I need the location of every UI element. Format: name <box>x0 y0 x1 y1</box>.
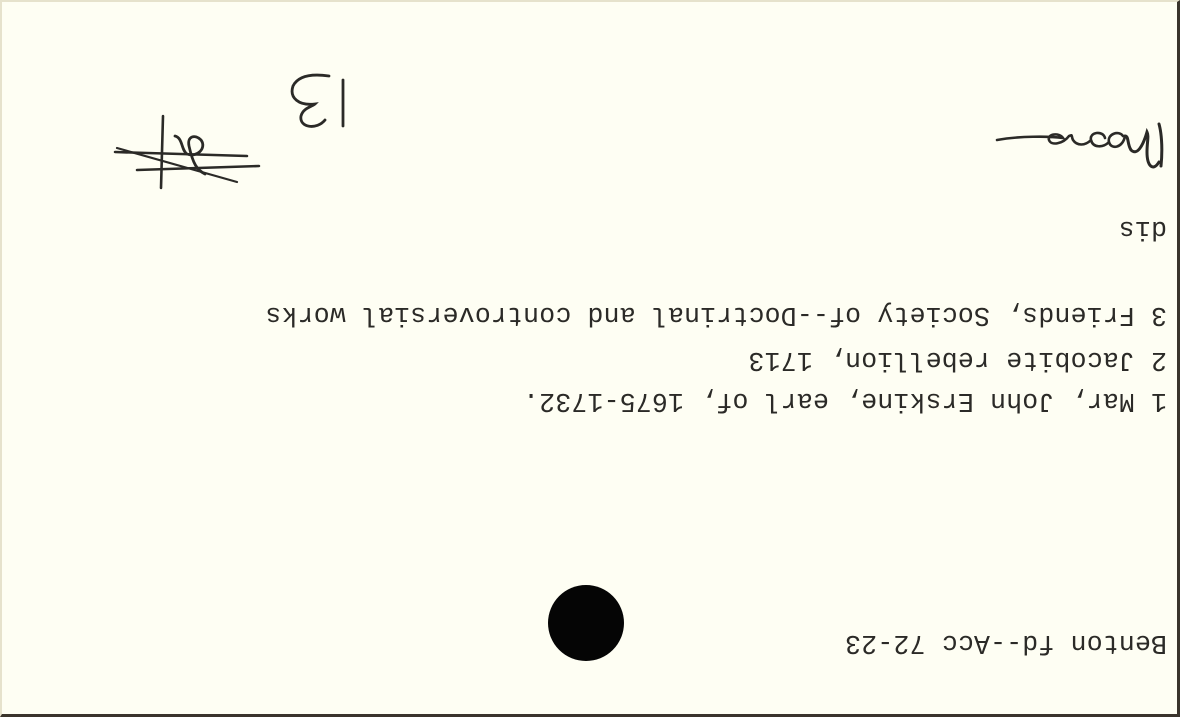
handwriting-13-icon <box>275 68 351 132</box>
catalog-card: Benton fd--Acc 72-23 1 Mar, John Erskine… <box>0 0 1180 717</box>
subject-heading-3: 3 Friends, Society of--Doctrinal and con… <box>265 300 1167 330</box>
handwritten-author-moore <box>989 112 1169 176</box>
handwritten-number-13 <box>275 68 351 132</box>
dis-note: dis <box>1119 214 1167 244</box>
accession-line: Benton fd--Acc 72-23 <box>845 628 1167 658</box>
handwritten-mark-at <box>107 110 267 194</box>
subject-heading-2: 2 Jacobite rebellion, 1713 <box>748 345 1167 375</box>
subject-heading-1: 1 Mar, John Erskine, earl of, 1675-1732. <box>523 386 1167 416</box>
punch-hole <box>548 585 624 661</box>
handwriting-moore-icon <box>989 112 1169 176</box>
handwriting-at-mark-icon <box>107 110 267 194</box>
